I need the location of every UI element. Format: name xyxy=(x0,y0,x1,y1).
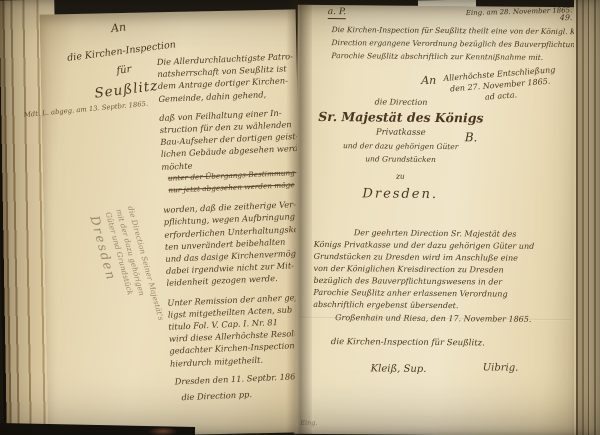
address-line: die Direction xyxy=(313,97,489,108)
signature-second: Uibrig. xyxy=(483,362,519,373)
date-line-right: Großenhain und Riesa, den 17. November 1… xyxy=(313,312,569,326)
right-body-text: Der geehrten Direction Sr. Majestät des … xyxy=(313,227,570,326)
handwriting-line: abschriftlich ergebenst übersendet. xyxy=(313,299,569,313)
gutter-note: Eing. xyxy=(300,419,317,427)
address-line-dresden: Dresden. xyxy=(312,186,488,203)
address-line: und Grundstücken xyxy=(312,154,488,165)
signature-superintendent: Kleiß, Sup. xyxy=(371,363,427,374)
right-page: a. P. Eing. am 28. November 1865. 49. Di… xyxy=(294,5,580,435)
left-page: An die Kirchen-Inspection für Seußlitz M… xyxy=(40,9,305,435)
address-line: zu xyxy=(312,171,488,182)
address-line: und der dazu gehörigen Güter xyxy=(313,141,489,152)
handwriting-line: Parochie Seußlitz abschriftlich zur Kenn… xyxy=(331,49,571,64)
page-number: 49. xyxy=(560,13,573,22)
photo-artifact xyxy=(148,427,178,435)
address-line: Privatkasse xyxy=(313,127,489,139)
address-line: An xyxy=(50,13,187,43)
summary-paragraph: Die Kirchen-Inspection für Seußlitz thei… xyxy=(331,23,571,64)
address-line-majesty: Sr. Majestät des Königs xyxy=(313,109,489,126)
folio-mark: a. P. xyxy=(328,7,346,19)
right-fore-edge xyxy=(574,0,600,435)
manuscript-photo: An die Kirchen-Inspection für Seußlitz M… xyxy=(0,0,600,435)
address-block-right: die Direction Sr. Majestät des Königs Pr… xyxy=(312,97,489,203)
received-note: Eing. am 28. November 1865. xyxy=(466,6,573,17)
sender-line: die Kirchen-Inspection für Seußlitz. xyxy=(331,337,561,349)
